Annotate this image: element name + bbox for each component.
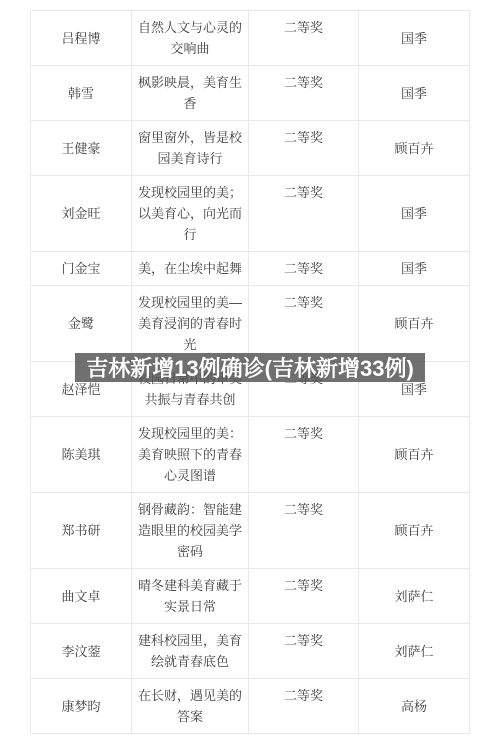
award-level-cell: 二等奖 — [249, 417, 359, 493]
article-page: 吕程博 自然人文与心灵的交响曲 二等奖 国季 韩雪 枫影映晨，美育生香 二等奖 … — [0, 0, 500, 749]
news-headline-overlay[interactable]: 吉林新增13例确诊(吉林新增33例) — [75, 353, 425, 382]
work-title-cell: 钢骨藏韵：智能建造眼里的校园美学密码 — [132, 493, 249, 569]
advisor-name-cell: 国季 — [359, 66, 470, 121]
work-title-cell: 美，在尘埃中起舞 — [132, 252, 249, 286]
table-row: 王健豪 窗里窗外，皆是校园美育诗行 二等奖 顾百卉 — [31, 121, 470, 176]
award-level-cell: 二等奖 — [249, 252, 359, 286]
student-name-cell: 金鹭 — [31, 286, 132, 362]
advisor-name-cell: 顾百卉 — [359, 417, 470, 493]
student-name-cell: 门金宝 — [31, 252, 132, 286]
work-title-cell: 在长财，遇见美的答案 — [132, 679, 249, 734]
table-row: 刘金旺 发现校园里的美；以美育心，向光而行 二等奖 国季 — [31, 176, 470, 252]
award-level-cell: 二等奖 — [249, 66, 359, 121]
advisor-name-cell: 刘萨仁 — [359, 624, 470, 679]
news-headline-text: 吉林新增13例确诊(吉林新增33例) — [86, 352, 414, 383]
advisor-name-cell: 刘萨仁 — [359, 569, 470, 624]
table-row: 金鹭 发现校园里的美—美育浸润的青春时光 二等奖 顾百卉 — [31, 286, 470, 362]
advisor-name-cell: 顾百卉 — [359, 493, 470, 569]
award-level-cell: 二等奖 — [249, 624, 359, 679]
table-row: 陈美琪 发现校园里的美：美育映照下的青春心灵图谱 二等奖 顾百卉 — [31, 417, 470, 493]
table-row: 郑书研 钢骨藏韵：智能建造眼里的校园美学密码 二等奖 顾百卉 — [31, 493, 470, 569]
award-level-cell: 二等奖 — [249, 493, 359, 569]
student-name-cell: 曲文卓 — [31, 569, 132, 624]
work-title-cell: 自然人文与心灵的交响曲 — [132, 11, 249, 66]
award-level-cell: 二等奖 — [249, 286, 359, 362]
work-title-cell: 枫影映晨，美育生香 — [132, 66, 249, 121]
student-name-cell: 康梦昀 — [31, 679, 132, 734]
work-title-cell: 窗里窗外，皆是校园美育诗行 — [132, 121, 249, 176]
advisor-name-cell: 顾百卉 — [359, 286, 470, 362]
table-row: 曲文卓 晴冬建科美育藏于实景日常 二等奖 刘萨仁 — [31, 569, 470, 624]
work-title-cell: 发现校园里的美；以美育心，向光而行 — [132, 176, 249, 252]
work-title-cell: 发现校园里的美—美育浸润的青春时光 — [132, 286, 249, 362]
award-level-cell: 二等奖 — [249, 569, 359, 624]
award-level-cell: 二等奖 — [249, 11, 359, 66]
student-name-cell: 吕程博 — [31, 11, 132, 66]
table-row: 门金宝 美，在尘埃中起舞 二等奖 国季 — [31, 252, 470, 286]
student-name-cell: 李汶蓥 — [31, 624, 132, 679]
award-level-cell: 二等奖 — [249, 679, 359, 734]
student-name-cell: 韩雪 — [31, 66, 132, 121]
advisor-name-cell: 高杨 — [359, 679, 470, 734]
advisor-name-cell: 顾百卉 — [359, 121, 470, 176]
table-row: 韩雪 枫影映晨，美育生香 二等奖 国季 — [31, 66, 470, 121]
table-row: 李汶蓥 建科校园里，美育绘就青春底色 二等奖 刘萨仁 — [31, 624, 470, 679]
advisor-name-cell: 国季 — [359, 11, 470, 66]
student-name-cell: 郑书研 — [31, 493, 132, 569]
table-row: 康梦昀 在长财，遇见美的答案 二等奖 高杨 — [31, 679, 470, 734]
advisor-name-cell: 国季 — [359, 252, 470, 286]
work-title-cell: 晴冬建科美育藏于实景日常 — [132, 569, 249, 624]
work-title-cell: 发现校园里的美：美育映照下的青春心灵图谱 — [132, 417, 249, 493]
advisor-name-cell: 国季 — [359, 176, 470, 252]
award-level-cell: 二等奖 — [249, 121, 359, 176]
work-title-cell: 建科校园里，美育绘就青春底色 — [132, 624, 249, 679]
student-name-cell: 王健豪 — [31, 121, 132, 176]
award-level-cell: 二等奖 — [249, 176, 359, 252]
table-row: 吕程博 自然人文与心灵的交响曲 二等奖 国季 — [31, 11, 470, 66]
student-name-cell: 刘金旺 — [31, 176, 132, 252]
student-name-cell: 陈美琪 — [31, 417, 132, 493]
